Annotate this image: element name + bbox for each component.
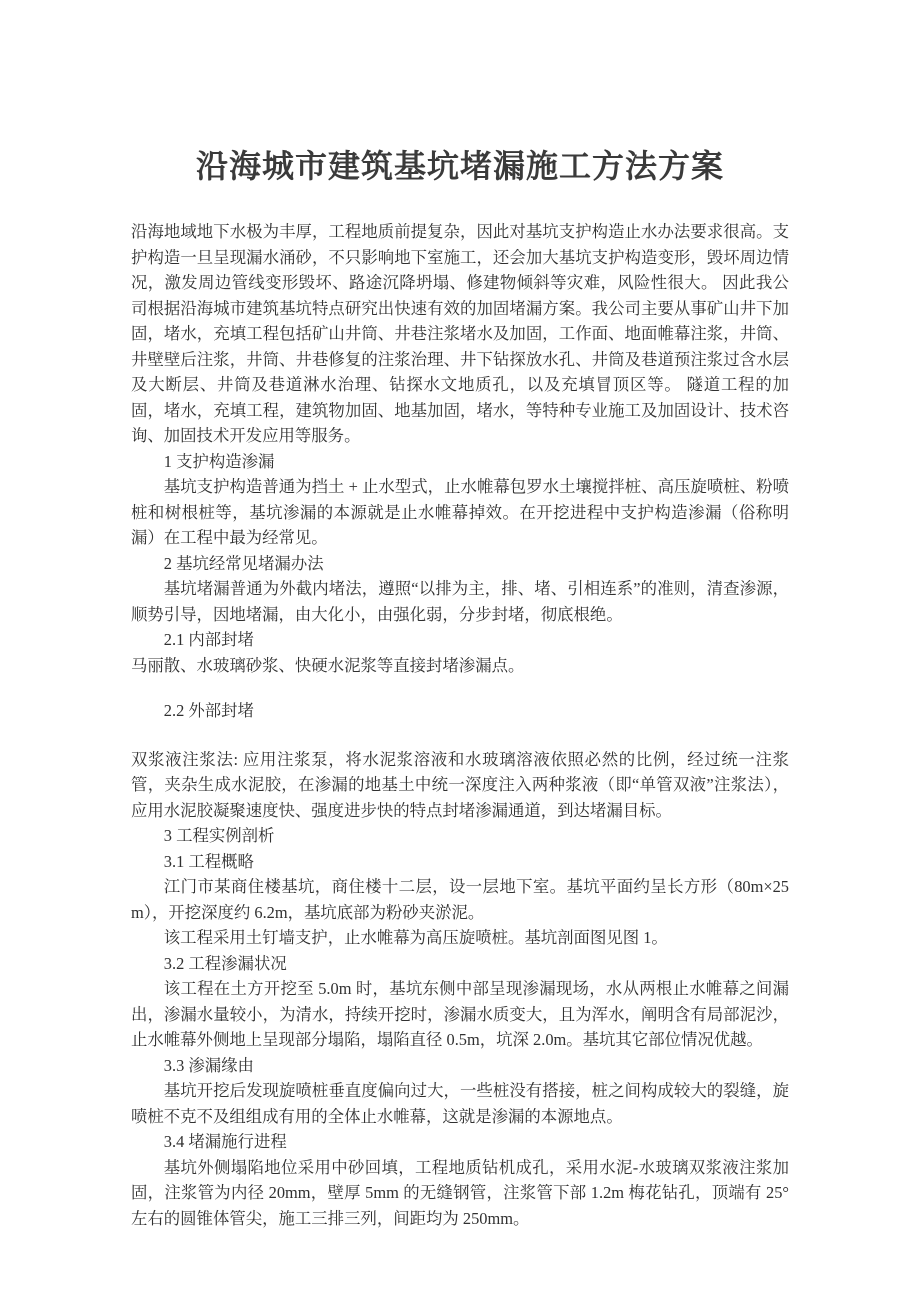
document-body: 沿海地域地下水极为丰厚，工程地质前提复杂，因此对基坑支护构造止水办法要求很高。支… (131, 219, 789, 1231)
paragraph-section-2-2: 双浆液注浆法: 应用注浆泵，将水泥浆溶液和水玻璃溶液依照必然的比例，经过统一注浆… (131, 747, 789, 824)
document-title: 沿海城市建筑基坑堵漏施工方法方案 (131, 0, 789, 189)
paragraph-section-2: 基坑堵漏普通为外截内堵法，遵照“以排为主，排、堵、引相连系”的准则，清查渗源，顺… (131, 576, 789, 627)
paragraph-section-3-4: 基坑外侧塌陷地位采用中砂回填，工程地质钻机成孔，采用水泥-水玻璃双浆液注浆加固，… (131, 1155, 789, 1232)
paragraph-section-3-3: 基坑开挖后发现旋喷桩垂直度偏向过大，一些桩没有搭接，桩之间构成较大的裂缝，旋喷桩… (131, 1078, 789, 1129)
paragraph-intro: 沿海地域地下水极为丰厚，工程地质前提复杂，因此对基坑支护构造止水办法要求很高。支… (131, 219, 789, 449)
section-heading-2-1: 2.1 内部封堵 (131, 627, 789, 653)
section-heading-3-3: 3.3 渗漏缘由 (131, 1053, 789, 1079)
section-heading-3: 3 工程实例剖析 (131, 823, 789, 849)
section-heading-3-2: 3.2 工程渗漏状况 (131, 951, 789, 977)
paragraph-section-3-1-a: 江门市某商住楼基坑，商住楼十二层，设一层地下室。基坑平面约呈长方形（80m×25… (131, 874, 789, 925)
paragraph-section-3-1-b: 该工程采用土钉墙支护，止水帷幕为高压旋喷桩。基坑剖面图见图 1。 (131, 925, 789, 951)
section-heading-2: 2 基坑经常见堵漏办法 (131, 551, 789, 577)
section-heading-2-2: 2.2 外部封堵 (131, 698, 789, 724)
document-page: 沿海城市建筑基坑堵漏施工方法方案 沿海地域地下水极为丰厚，工程地质前提复杂，因此… (0, 0, 920, 1302)
paragraph-section-2-1: 马丽散、水玻璃砂浆、快硬水泥浆等直接封堵渗漏点。 (131, 653, 789, 679)
paragraph-section-1: 基坑支护构造普通为挡土 + 止水型式，止水帷幕包罗水土壤搅拌桩、高压旋喷桩、粉喷… (131, 474, 789, 551)
section-heading-1: 1 支护构造渗漏 (131, 449, 789, 475)
section-heading-3-4: 3.4 堵漏施行进程 (131, 1129, 789, 1155)
paragraph-section-3-2: 该工程在土方开挖至 5.0m 时，基坑东侧中部呈现渗漏现场，水从两根止水帷幕之间… (131, 976, 789, 1053)
section-heading-3-1: 3.1 工程概略 (131, 849, 789, 875)
